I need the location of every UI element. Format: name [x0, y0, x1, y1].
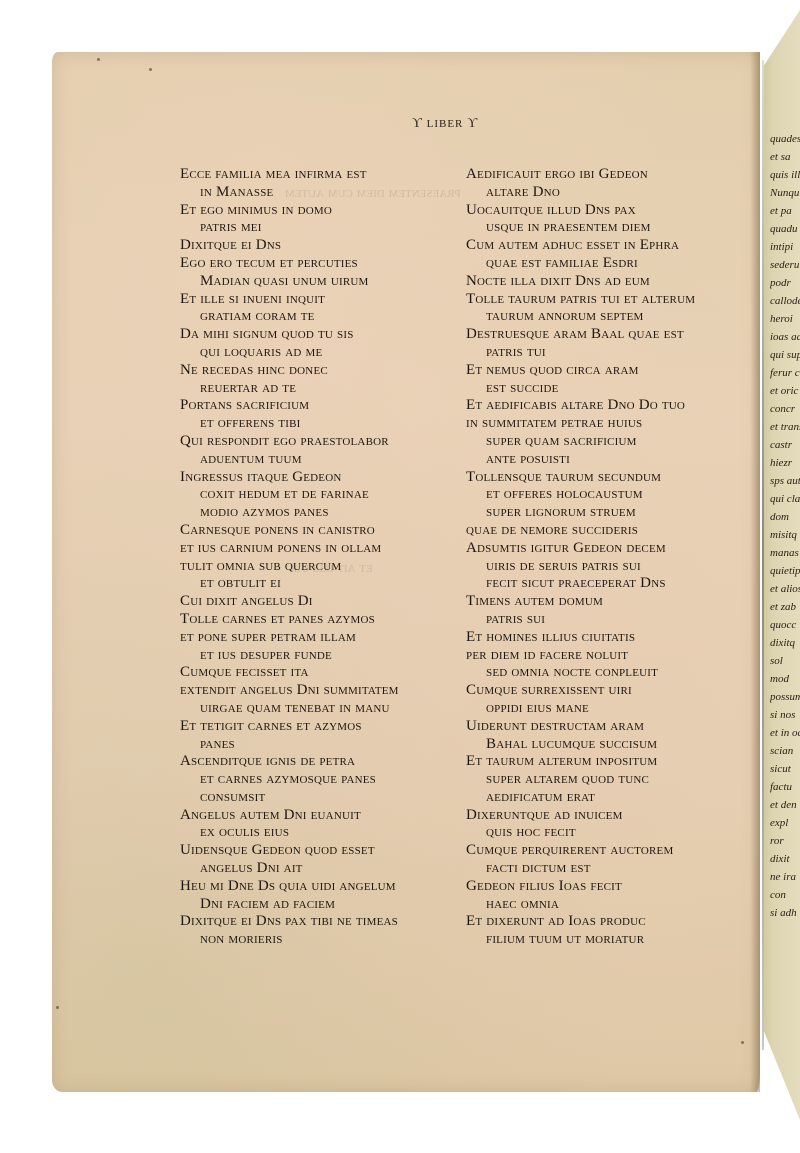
facing-page-line: et zab [770, 598, 800, 616]
left-text-column: Ecce familia mea infirma estin ManasseEt… [180, 166, 450, 949]
facing-page-line: sederu [770, 256, 800, 274]
text-line: ante posuisti [466, 451, 726, 469]
facing-page-line: misitq [770, 526, 800, 544]
text-line: sed omnia nocte conpleuit [466, 664, 726, 682]
text-line: Tolle carnes et panes azymos [180, 611, 450, 629]
text-line: patris mei [180, 219, 450, 237]
text-line: Uidensque Gedeon quod esset [180, 842, 450, 860]
text-line: Madian quasi unum uirum [180, 273, 450, 291]
facing-page-text: quadesiet saquis illNunquet paquaduintip… [770, 130, 800, 922]
text-line: Dixeruntque ad inuicem [466, 807, 726, 825]
text-line: super quam sacrificium [466, 433, 726, 451]
text-line: uirgae quam tenebat in manu [180, 700, 450, 718]
text-line: super lignorum struem [466, 504, 726, 522]
text-line: fecit sicut praeceperat Dns [466, 575, 726, 593]
facing-page-line: callode [770, 292, 800, 310]
text-line: Et tetigit carnes et azymos [180, 718, 450, 736]
text-line: quis hoc fecit [466, 824, 726, 842]
text-line: Et nemus quod circa aram [466, 362, 726, 380]
text-line: angelus Dni ait [180, 860, 450, 878]
facing-page-line: quis ill [770, 166, 800, 184]
facing-page-line: qui sup [770, 346, 800, 364]
facing-page-line: et pa [770, 202, 800, 220]
facing-page-line: si nos [770, 706, 800, 724]
facing-page-line: quietips [770, 562, 800, 580]
text-line: et offeres holocaustum [466, 486, 726, 504]
facing-page-line: intipi [770, 238, 800, 256]
text-line: Et ego minimus in domo [180, 202, 450, 220]
facing-page-line: ror [770, 832, 800, 850]
facing-page-line: dom [770, 508, 800, 526]
facing-page-line: dixit [770, 850, 800, 868]
facing-page-line: concr [770, 400, 800, 418]
gutter-fold [762, 60, 764, 1050]
text-line: Timens autem domum [466, 593, 726, 611]
text-line: filium tuum ut moriatur [466, 931, 726, 949]
text-line: et offerens tibi [180, 415, 450, 433]
text-line: Ego ero tecum et percuties [180, 255, 450, 273]
facing-page-line: hiezr [770, 454, 800, 472]
text-line: quae est familiae Esdri [466, 255, 726, 273]
facing-page-line: quadesi [770, 130, 800, 148]
facing-page-line: Nunqu [770, 184, 800, 202]
facing-page-line: quadu [770, 220, 800, 238]
text-line: in Manasse [180, 184, 450, 202]
parchment-speck [149, 68, 152, 71]
text-line: patris tui [466, 344, 726, 362]
text-line: coxit hedum et de farinae [180, 486, 450, 504]
text-line: Et ille si inueni inquit [180, 291, 450, 309]
ornament-mark-icon: ϒ [467, 116, 478, 131]
ornament-mark-icon: ϒ [412, 116, 423, 131]
text-line: Et homines illius ciuitatis [466, 629, 726, 647]
facing-page-line: et trans [770, 418, 800, 436]
text-line: et ius desuper funde [180, 647, 450, 665]
text-line: Bahal lucumque succisum [466, 736, 726, 754]
text-line: facti dictum est [466, 860, 726, 878]
text-line: aduentum tuum [180, 451, 450, 469]
facing-page-line: et sa [770, 148, 800, 166]
facing-page-line: dixitq [770, 634, 800, 652]
text-line: Qui respondit ego praestolabor [180, 433, 450, 451]
text-line: altare Dno [466, 184, 726, 202]
text-line: gratiam coram te [180, 308, 450, 326]
text-line: Dixitque ei Dns pax tibi ne timeas [180, 913, 450, 931]
text-line: et obtulit ei [180, 575, 450, 593]
text-line: est succide [466, 380, 726, 398]
text-line: Cumque surrexissent uiri [466, 682, 726, 700]
text-line: Destruesque aram Baal quae est [466, 326, 726, 344]
text-line: oppidi eius mane [466, 700, 726, 718]
text-line: Dixitque ei Dns [180, 237, 450, 255]
text-line: Cumque perquirerent auctorem [466, 842, 726, 860]
text-line: Adsumtis igitur Gedeon decem [466, 540, 726, 558]
text-line: Heu mi Dne Ds quia uidi angelum [180, 878, 450, 896]
text-line: et carnes azymosque panes [180, 771, 450, 789]
facing-page-line: qui cla [770, 490, 800, 508]
right-text-column: Aedificauit ergo ibi Gedeonaltare DnoUoc… [466, 166, 726, 949]
facing-page-line: factu [770, 778, 800, 796]
text-line: Da mihi signum quod tu sis [180, 326, 450, 344]
text-line: tulit omnia sub quercum [180, 558, 450, 576]
facing-page-line: con [770, 886, 800, 904]
text-line: ex oculis eius [180, 824, 450, 842]
text-line: Cum autem adhuc esset in Ephra [466, 237, 726, 255]
facing-page-line: et den [770, 796, 800, 814]
text-line: Nocte illa dixit Dns ad eum [466, 273, 726, 291]
text-line: Tolle taurum patris tui et alterum [466, 291, 726, 309]
text-line: Et taurum alterum inpositum [466, 753, 726, 771]
text-line: Ecce familia mea infirma est [180, 166, 450, 184]
facing-page-line: manas [770, 544, 800, 562]
text-line: consumsit [180, 789, 450, 807]
parchment-speck [56, 1006, 59, 1009]
text-line: qui loquaris ad me [180, 344, 450, 362]
text-line: Gedeon filius Ioas fecit [466, 878, 726, 896]
text-line: modio azymos panes [180, 504, 450, 522]
text-line: in summitatem petrae huius [466, 415, 726, 433]
facing-page-line: si adh [770, 904, 800, 922]
facing-page-line: ferur co [770, 364, 800, 382]
text-line: Angelus autem Dni euanuit [180, 807, 450, 825]
text-line: super altarem quod tunc [466, 771, 726, 789]
facing-page-line: et oric [770, 382, 800, 400]
text-line: Cumque fecisset ita [180, 664, 450, 682]
facing-page-line: sol [770, 652, 800, 670]
text-line: Dni faciem ad faciem [180, 896, 450, 914]
facing-page-line: scian [770, 742, 800, 760]
facing-page-line: et alios [770, 580, 800, 598]
text-line: Portans sacrificium [180, 397, 450, 415]
text-line: et pone super petram illam [180, 629, 450, 647]
text-line: reuertar ad te [180, 380, 450, 398]
text-line: Et dixerunt ad Ioas produc [466, 913, 726, 931]
text-line: Et aedificabis altare Dno Do tuo [466, 397, 726, 415]
text-line: panes [180, 736, 450, 754]
facing-page-line: possum [770, 688, 800, 706]
text-line: extendit angelus Dni summitatem [180, 682, 450, 700]
text-line: non morieris [180, 931, 450, 949]
text-line: Cui dixit angelus Di [180, 593, 450, 611]
text-line: Uiderunt destructam aram [466, 718, 726, 736]
text-line: haec omnia [466, 896, 726, 914]
text-line: Carnesque ponens in canistro [180, 522, 450, 540]
text-line: taurum annorum septem [466, 308, 726, 326]
text-line: aedificatum erat [466, 789, 726, 807]
running-head-label: LIBER [427, 118, 464, 130]
parchment-speck [741, 1041, 744, 1044]
facing-page-line: podr [770, 274, 800, 292]
text-line: Ingressus itaque Gedeon [180, 469, 450, 487]
text-line: Ascenditque ignis de petra [180, 753, 450, 771]
text-line: usque in praesentem diem [466, 219, 726, 237]
facing-page-line: et in oc [770, 724, 800, 742]
text-line: Uocauitque illud Dns pax [466, 202, 726, 220]
facing-page-line: mod [770, 670, 800, 688]
facing-page-line: castr [770, 436, 800, 454]
facing-page-line: expl [770, 814, 800, 832]
text-line: Tollensque taurum secundum [466, 469, 726, 487]
facing-page-line: heroi [770, 310, 800, 328]
facing-page-line: ioas ad [770, 328, 800, 346]
text-line: Ne recedas hinc donec [180, 362, 450, 380]
facing-page-line: sicut [770, 760, 800, 778]
text-line: per diem id facere noluit [466, 647, 726, 665]
facing-page-line: sps aut [770, 472, 800, 490]
text-line: patris sui [466, 611, 726, 629]
running-head: ϒ LIBER ϒ [405, 116, 485, 132]
text-line: uiris de seruis patris sui [466, 558, 726, 576]
facing-page-line: ne ira [770, 868, 800, 886]
facing-page-line: quocc [770, 616, 800, 634]
text-line: Aedificauit ergo ibi Gedeon [466, 166, 726, 184]
parchment-speck [97, 58, 100, 61]
text-line: et ius carnium ponens in ollam [180, 540, 450, 558]
text-line: quae de nemore succideris [466, 522, 726, 540]
